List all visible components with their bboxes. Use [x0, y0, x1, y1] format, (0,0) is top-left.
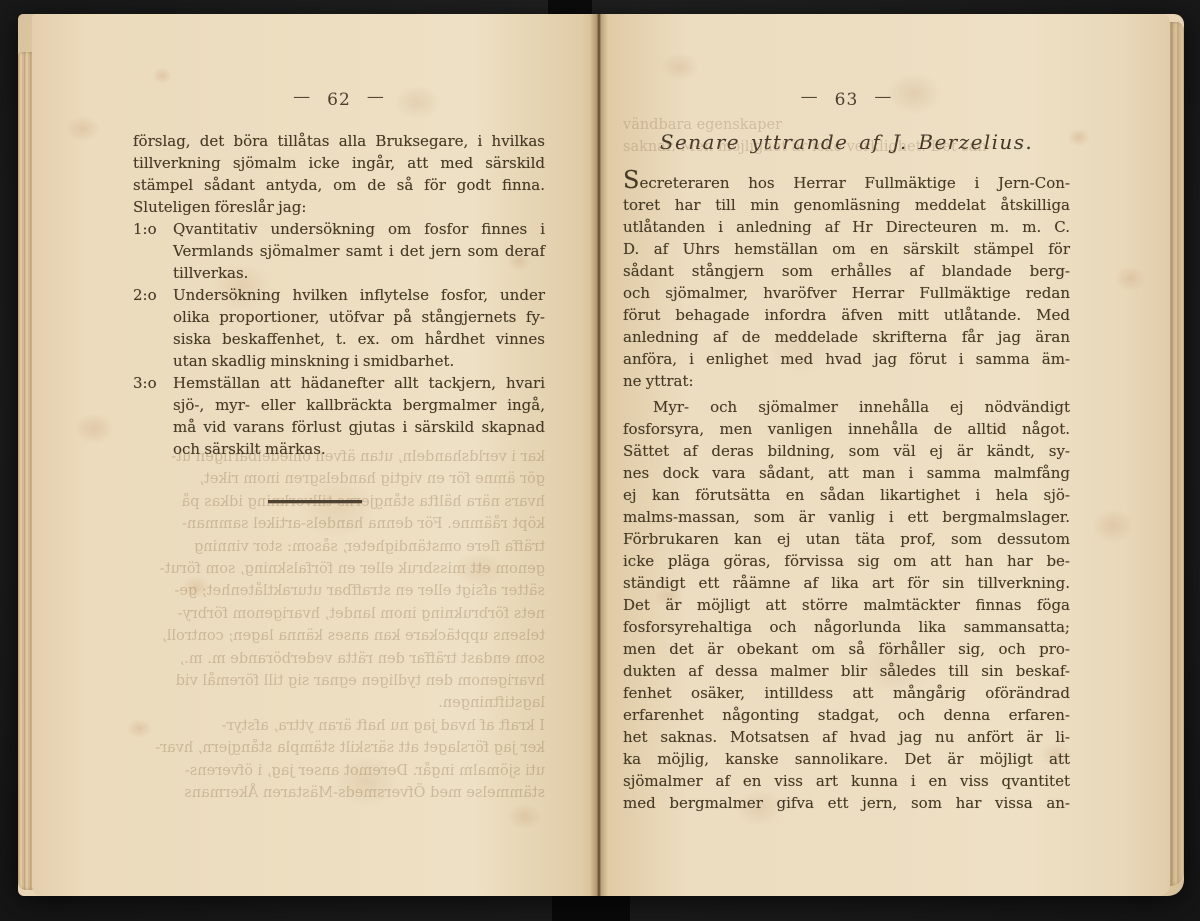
- text-line: ej kan förutsätta en sådan likartighet i…: [623, 484, 1070, 506]
- text-line: anledning af de meddelade skrifterna får…: [623, 326, 1070, 348]
- text-line: sådant stångjern som erhålles af blandad…: [623, 260, 1070, 282]
- paragraph-2: Myr- och sjömalmer innehålla ej nödvändi…: [623, 396, 1070, 814]
- photo-background: —62— förslag, det böra tillåtas alla Bru…: [0, 0, 1200, 921]
- page-63-text-column: —63— Senare yttrande af J. Berzelius. vä…: [623, 90, 1070, 814]
- book-spread: —62— förslag, det böra tillåtas alla Bru…: [18, 14, 1184, 896]
- text-line: Secreteraren hos Herrar Fullmäktige i Je…: [623, 172, 1070, 194]
- text-line: olika proportioner, utöfvar på stångjern…: [173, 306, 545, 328]
- text-line: anföra, i enlighet med hvad jag förut i …: [623, 348, 1070, 370]
- header-dash: —: [351, 87, 401, 107]
- list-marker: 1:o: [133, 218, 173, 284]
- text-line: ne yttrat:: [623, 370, 1070, 392]
- text-line: må vid varans förlust gjutas i särskild …: [173, 416, 545, 438]
- intro-paragraph: förslag, det böra tillåtas alla Bruksega…: [133, 130, 545, 218]
- text-line: tillverkas.: [173, 262, 545, 284]
- list-item: 3:oHemställan att hädanefter allt tackje…: [133, 372, 545, 460]
- list-item: 2:oUndersökning hvilken inflytelse fosfo…: [133, 284, 545, 372]
- header-dash: —: [785, 87, 835, 107]
- text-line: het saknas. Motsatsen af hvad jag nu anf…: [623, 726, 1070, 748]
- text-line: Vermlands sjömalmer samt i det jern som …: [173, 240, 545, 262]
- page-62-text-column: —62— förslag, det böra tillåtas alla Bru…: [133, 90, 545, 503]
- text-line: utlåtanden i anledning af Hr Directeuren…: [623, 216, 1070, 238]
- header-dash: —: [858, 87, 908, 107]
- page-number-header: —62—: [133, 90, 545, 112]
- page-number: 62: [327, 90, 351, 110]
- section-title: Senare yttrande af J. Berzelius.: [623, 130, 1070, 156]
- text-line: med bergmalmer gifva ett jern, som har v…: [623, 792, 1070, 814]
- text-line: siska beskaffenhet, t. ex. om hårdhet vi…: [173, 328, 545, 350]
- text-line: utan skadlig minskning i smidbarhet.: [173, 350, 545, 372]
- text-line: Hemställan att hädanefter allt tackjern,…: [173, 372, 545, 394]
- text-line: toret har till min genomläsning meddelat…: [623, 194, 1070, 216]
- ghost-text-line: gör ämne för en vigtig handelsgren inom …: [133, 468, 545, 490]
- list-marker: 3:o: [133, 372, 173, 460]
- page-number: 63: [835, 90, 859, 110]
- text-line: malms-massan, som är vanlig i ett bergma…: [623, 506, 1070, 528]
- text-line: och särskilt märkas.: [173, 438, 545, 460]
- header-dash: —: [277, 87, 327, 107]
- paragraph-1: Secreteraren hos Herrar Fullmäktige i Je…: [623, 172, 1070, 392]
- section-divider-rule: [268, 500, 362, 503]
- text-line: Qvantitativ undersökning om fosfor finne…: [173, 218, 545, 240]
- text-line: erfarenhet någonting stadgat, och denna …: [623, 704, 1070, 726]
- page-number-header: —63—: [623, 90, 1070, 112]
- text-line: Undersökning hvilken inflytelse fosfor, …: [173, 284, 545, 306]
- text-line: sjö-, myr- eller kallbräckta bergmalmer …: [173, 394, 545, 416]
- text-line: Sluteligen föreslår jag:: [133, 196, 545, 218]
- text-line: fosforsyra, men vanligen innehålla de al…: [623, 418, 1070, 440]
- text-line: fenhet osäker, intilldess att mångårig o…: [623, 682, 1070, 704]
- text-line: sjömalmer af en viss art kunna i en viss…: [623, 770, 1070, 792]
- text-line: Myr- och sjömalmer innehålla ej nödvändi…: [623, 396, 1070, 418]
- text-line: Det är möjligt att större malmtäckter fi…: [623, 594, 1070, 616]
- text-line: fosforsyrehaltiga och någorlunda lika sa…: [623, 616, 1070, 638]
- text-line: dukten af dessa malmer blir således till…: [623, 660, 1070, 682]
- text-line: Sättet af deras bildning, som väl ej är …: [623, 440, 1070, 462]
- list-item: 1:oQvantitativ undersökning om fosfor fi…: [133, 218, 545, 284]
- text-line: icke pläga göras, förvissa sig om att ha…: [623, 550, 1070, 572]
- text-line: och sjömalmer, hvaröfver Herrar Fullmäkt…: [623, 282, 1070, 304]
- numbered-list: 1:oQvantitativ undersökning om fosfor fi…: [133, 218, 545, 460]
- text-line: tillverkning sjömalm icke ingår, att med…: [133, 152, 545, 174]
- page-stack-edge-right: [1169, 22, 1184, 886]
- list-marker: 2:o: [133, 284, 173, 372]
- text-line: förslag, det böra tillåtas alla Bruksega…: [133, 130, 545, 152]
- text-line: Förbrukaren kan ej utan täta prof, som d…: [623, 528, 1070, 550]
- text-line: ständigt ett råämne af lika art för sin …: [623, 572, 1070, 594]
- text-line: förut behagade infordra äfven mitt utlåt…: [623, 304, 1070, 326]
- text-line: D. af Uhrs hemställan om en särskilt stä…: [623, 238, 1070, 260]
- text-line: stämpel sådant antyda, om de så för godt…: [133, 174, 545, 196]
- book-gutter-crease: [590, 14, 608, 896]
- text-line: nes dock vara sådant, att man i samma ma…: [623, 462, 1070, 484]
- text-line: ka möjlig, kanske sannolikare. Det är mö…: [623, 748, 1070, 770]
- text-line: men det är obekant om så förhåller sig, …: [623, 638, 1070, 660]
